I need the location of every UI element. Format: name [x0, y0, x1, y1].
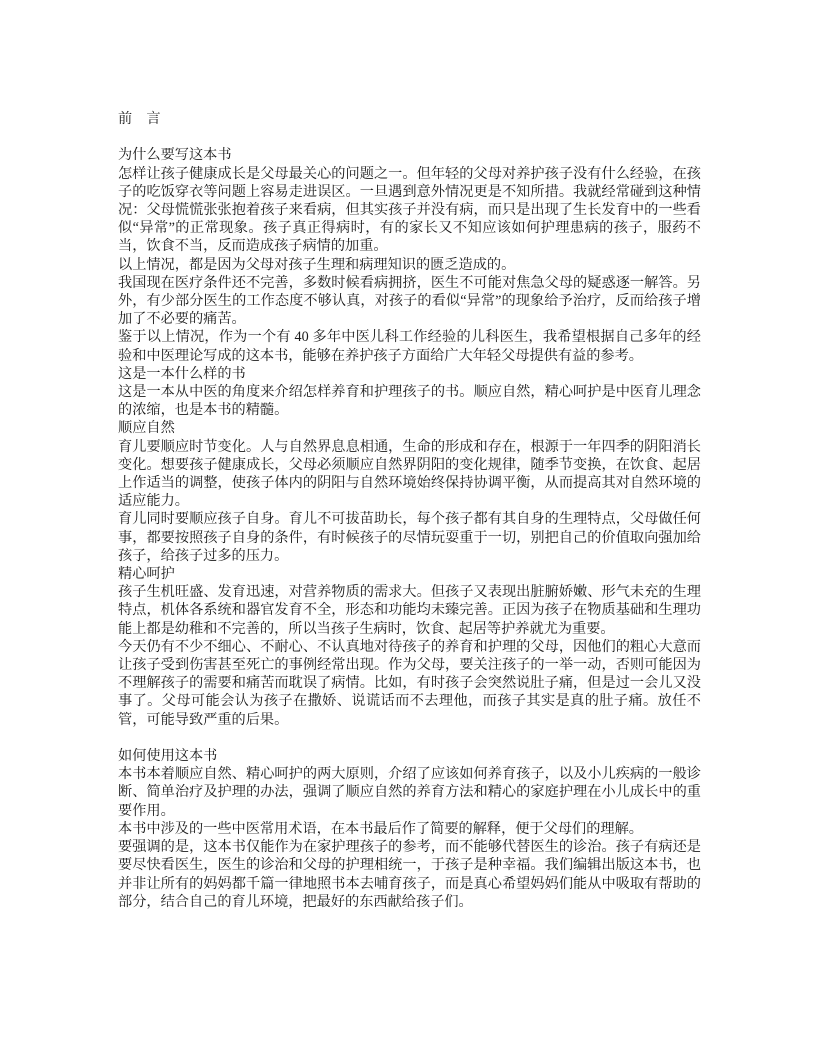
blank-line	[118, 128, 701, 146]
paragraph: 以上情况，都是因为父母对孩子生理和病理知识的匮乏造成的。	[118, 256, 701, 274]
paragraph: 育儿同时要顺应孩子自身。育儿不可拔苗助长，每个孩子都有其自身的生理特点，父母做任…	[118, 510, 701, 565]
section-heading: 顺应自然	[118, 419, 701, 437]
paragraph: 孩子生机旺盛、发育迅速，对营养物质的需求大。但孩子又表现出脏腑娇嫩、形气未充的生…	[118, 583, 701, 638]
paragraph: 本书本着顺应自然、精心呵护的两大原则，介绍了应该如何养育孩子，以及小儿疾病的一般…	[118, 765, 701, 820]
section-follow-nature: 顺应自然 育儿要顺应时节变化。人与自然界息息相通，生命的形成和存在，根源于一年四…	[118, 419, 701, 565]
paragraph: 本书中涉及的一些中医常用术语，在本书最后作了简要的解释，便于父母们的理解。	[118, 820, 701, 838]
section-heading: 为什么要写这本书	[118, 146, 701, 164]
section-what-kind-of-book: 这是一本什么样的书 这是一本从中医的角度来介绍怎样养育和护理孩子的书。顺应自然，…	[118, 365, 701, 420]
document-page: 前 言 为什么要写这本书 怎样让孩子健康成长是父母最关心的问题之一。但年轻的父母…	[118, 110, 701, 911]
paragraph: 育儿要顺应时节变化。人与自然界息息相通，生命的形成和存在，根源于一年四季的阴阳消…	[118, 438, 701, 511]
section-careful-care: 精心呵护 孩子生机旺盛、发育迅速，对营养物质的需求大。但孩子又表现出脏腑娇嫩、形…	[118, 565, 701, 729]
paragraph: 我国现在医疗条件还不完善，多数时候看病拥挤，医生不可能对焦急父母的疑惑逐一解答。…	[118, 274, 701, 329]
blank-line	[118, 729, 701, 747]
section-heading: 如何使用这本书	[118, 747, 701, 765]
paragraph: 怎样让孩子健康成长是父母最关心的问题之一。但年轻的父母对养护孩子没有什么经验，在…	[118, 165, 701, 256]
section-heading: 精心呵护	[118, 565, 701, 583]
paragraph: 今天仍有不少不细心、不耐心、不认真地对待孩子的养育和护理的父母，因他们的粗心大意…	[118, 638, 701, 729]
paragraph: 这是一本从中医的角度来介绍怎样养育和护理孩子的书。顺应自然，精心呵护是中医育儿理…	[118, 383, 701, 419]
paragraph: 鉴于以上情况，作为一个有 40 多年中医儿科工作经验的儿科医生，我希望根据自己多…	[118, 328, 701, 364]
section-how-to-use-this-book: 如何使用这本书 本书本着顺应自然、精心呵护的两大原则，介绍了应该如何养育孩子，以…	[118, 747, 701, 911]
section-why-write-this-book: 为什么要写这本书 怎样让孩子健康成长是父母最关心的问题之一。但年轻的父母对养护孩…	[118, 146, 701, 364]
paragraph: 要强调的是，这本书仅能作为在家护理孩子的参考，而不能够代替医生的诊治。孩子有病还…	[118, 838, 701, 911]
section-heading: 这是一本什么样的书	[118, 365, 701, 383]
document-title: 前 言	[118, 110, 701, 128]
